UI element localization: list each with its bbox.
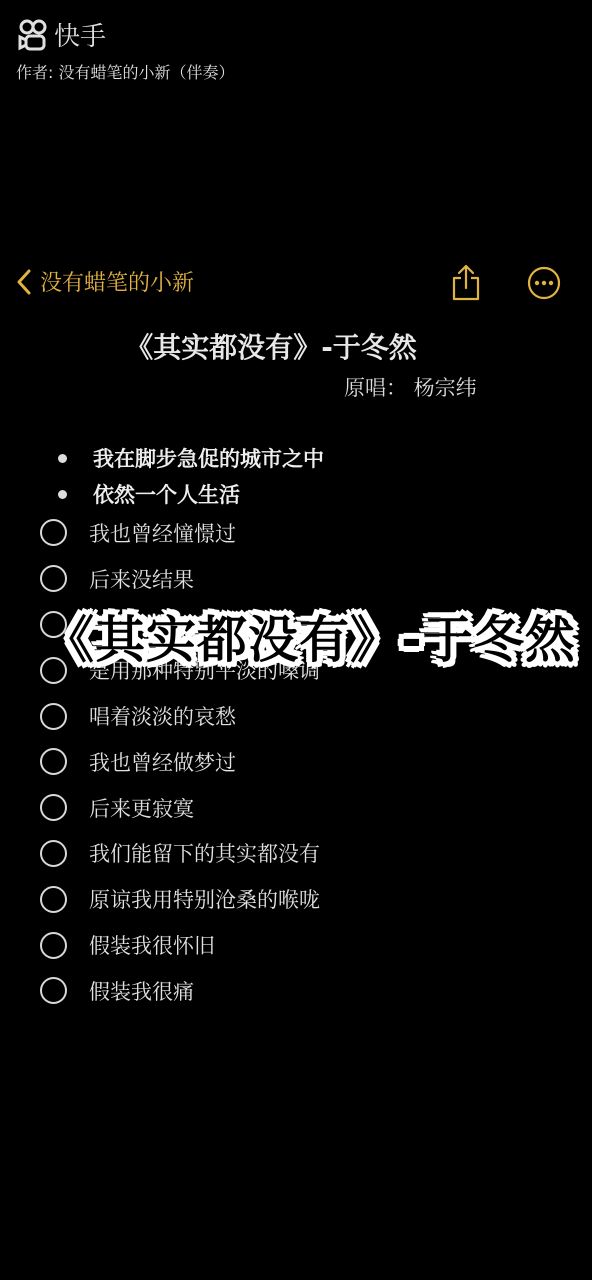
checklist-text: 原谅我用特别沧桑的喉咙 — [89, 884, 320, 914]
checklist-text: 我也曾经憧憬过 — [89, 518, 236, 548]
bullet-text: 我在脚步急促的城市之中 — [93, 443, 324, 473]
back-label: 没有蜡笔的小新 — [40, 266, 194, 297]
notes-navbar: 没有蜡笔的小新 — [0, 262, 592, 306]
more-button[interactable] — [527, 266, 561, 304]
bullet-list: 我在脚步急促的城市之中 依然一个人生活 — [56, 440, 324, 512]
checklist-text: 唱着淡淡的哀愁 — [89, 701, 236, 731]
checklist-item: 唱着淡淡的哀愁 — [40, 693, 320, 739]
author-label: 作者: 没有蜡笔的小新（伴奏） — [16, 60, 234, 83]
checklist-text: 我们能留下的其实都没有 — [89, 838, 320, 868]
checklist: 我也曾经憧憬过 后来没结果 是用那种特别平淡的嗓调 唱着淡淡的哀愁 我也曾经做梦… — [40, 510, 320, 1014]
checklist-item: 我也曾经做梦过 — [40, 739, 320, 785]
bullet-item: 我在脚步急促的城市之中 — [56, 440, 324, 476]
checklist-item: 后来没结果 — [40, 556, 320, 602]
back-button[interactable]: 没有蜡笔的小新 — [16, 266, 194, 297]
checklist-text: 后来没结果 — [89, 564, 194, 594]
chevron-left-icon — [16, 269, 32, 295]
bullet-text: 依然一个人生活 — [93, 479, 240, 509]
bullet-dot-icon — [58, 454, 67, 463]
kuaishou-logo-icon — [18, 19, 48, 51]
original-singer: 原唱： 杨宗纬 — [344, 372, 477, 402]
checkbox-circle-icon[interactable] — [40, 519, 67, 546]
bullet-item: 依然一个人生活 — [56, 476, 324, 512]
bullet-dot-icon — [58, 490, 67, 499]
checkbox-circle-icon[interactable] — [40, 977, 67, 1004]
checkbox-circle-icon[interactable] — [40, 886, 67, 913]
more-icon — [527, 266, 561, 300]
note-title: 《其实都没有》-于冬然 — [0, 326, 592, 366]
share-button[interactable] — [450, 264, 482, 306]
checkbox-circle-icon[interactable] — [40, 748, 67, 775]
checkbox-circle-icon[interactable] — [40, 565, 67, 592]
share-icon — [450, 264, 482, 302]
checklist-text: 假装我很怀旧 — [89, 930, 215, 960]
checkbox-circle-icon[interactable] — [40, 840, 67, 867]
checklist-item: 假装我很怀旧 — [40, 922, 320, 968]
checklist-text: 我也曾经做梦过 — [89, 747, 236, 777]
checklist-item: 我们能留下的其实都没有 — [40, 831, 320, 877]
checklist-text: 假装我很痛 — [89, 976, 194, 1006]
checklist-item: 假装我很痛 — [40, 968, 320, 1014]
video-caption-overlay: 《其实都没有》-于冬然 — [44, 600, 576, 672]
checklist-text: 后来更寂寞 — [89, 793, 194, 823]
checklist-item: 后来更寂寞 — [40, 785, 320, 831]
kuaishou-watermark: 快手 — [18, 16, 106, 53]
checklist-item: 原谅我用特别沧桑的喉咙 — [40, 876, 320, 922]
checklist-item: 我也曾经憧憬过 — [40, 510, 320, 556]
checkbox-circle-icon[interactable] — [40, 932, 67, 959]
checkbox-circle-icon[interactable] — [40, 703, 67, 730]
brand-name: 快手 — [54, 16, 106, 53]
checkbox-circle-icon[interactable] — [40, 794, 67, 821]
